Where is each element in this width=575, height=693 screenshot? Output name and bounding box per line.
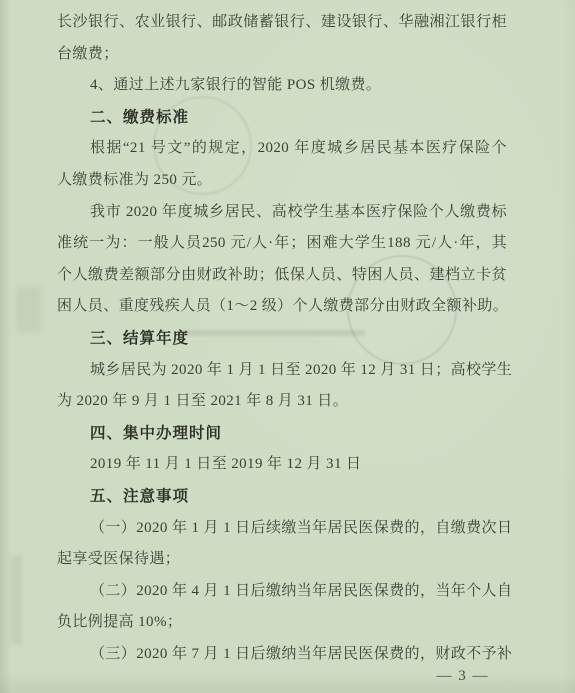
scan-scuff-artifact <box>11 556 22 644</box>
text-line: 台缴费； <box>57 39 507 71</box>
text-line: 个人缴费差额部分由财政补助；低保人员、特困人员、建档立卡贫 <box>57 260 507 292</box>
section-heading-processing-time: 四、集中办理时间 <box>57 418 507 450</box>
text-line: 2019 年 11 月 1 日至 2019 年 12 月 31 日 <box>57 449 507 481</box>
text-line: 准统一为：一般人员250 元/人·年；困难大学生188 元/人·年，其 <box>57 228 507 260</box>
text-line: （二）2020 年 4 月 1 日后缴纳当年居民医保费的，当年个人自 <box>57 576 507 608</box>
text-line: 起享受医保待遇； <box>57 544 507 576</box>
text-line: 困人员、重度残疾人员（1～2 级）个人缴费部分由财政全额补助。 <box>57 291 507 323</box>
section-heading-settlement-year: 三、结算年度 <box>57 323 507 355</box>
page-number: — 3 — <box>437 665 490 687</box>
document-page: 长沙银行、农业银行、邮政储蓄银行、建设银行、华融湘江银行柜 台缴费； 4、通过上… <box>0 0 575 693</box>
scan-smudge-artifact <box>16 286 42 332</box>
text-line: 我市 2020 年度城乡居民、高校学生基本医疗保险个人缴费标 <box>57 197 507 229</box>
section-heading-notes: 五、注意事项 <box>57 481 507 513</box>
text-line: 人缴费标准为 250 元。 <box>57 165 507 197</box>
text-line: 4、通过上述九家银行的智能 POS 机缴费。 <box>57 70 507 102</box>
text-line: 长沙银行、农业银行、邮政储蓄银行、建设银行、华融湘江银行柜 <box>57 7 507 39</box>
text-line: 负比例提高 10%； <box>57 607 507 639</box>
section-heading-payment-standard: 二、缴费标准 <box>57 102 507 134</box>
document-body: 长沙银行、农业银行、邮政储蓄银行、建设银行、华融湘江银行柜 台缴费； 4、通过上… <box>57 7 507 670</box>
text-line: （一）2020 年 1 月 1 日后续缴当年居民医保费的，自缴费次日 <box>57 513 507 545</box>
text-line: 根据“21 号文”的规定，2020 年度城乡居民基本医疗保险个 <box>57 133 507 165</box>
text-line: 城乡居民为 2020 年 1 月 1 日至 2020 年 12 月 31 日；高… <box>57 355 507 387</box>
text-line: 为 2020 年 9 月 1 日至 2021 年 8 月 31 日。 <box>57 386 507 418</box>
